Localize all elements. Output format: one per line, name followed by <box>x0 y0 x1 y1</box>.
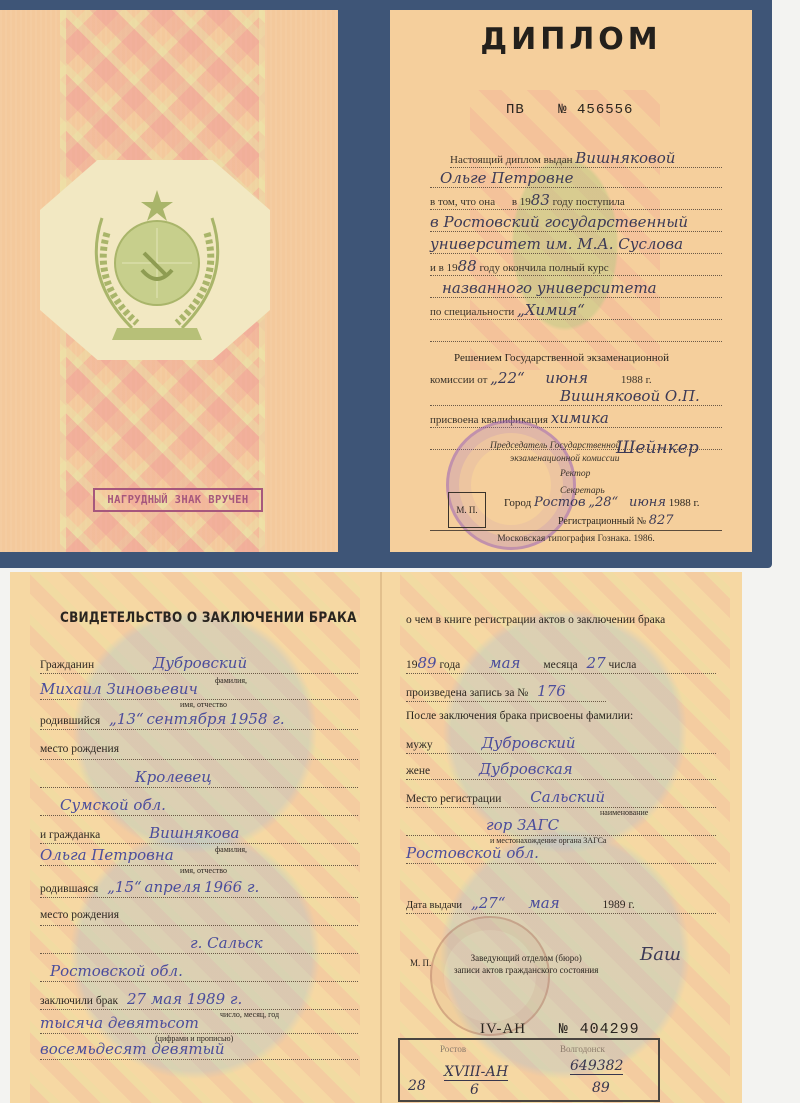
diploma-title: ДИПЛОМ <box>390 22 752 57</box>
mp-box: М. П. <box>448 492 486 528</box>
enrolled-line: в том, что она в 1983 году поступила <box>430 190 722 210</box>
military-registration-stamp: Ростов Волгодонск 28 XVIII-АН 6 649382 8… <box>398 1038 660 1102</box>
diploma-right-page: ДИПЛОМ ПВ № 456556 Настоящий диплом выда… <box>390 10 752 552</box>
record-number: 176 <box>537 682 566 700</box>
bride-birthplace-label: место рождения <box>40 904 358 926</box>
surnames-heading: После заключения брака присвоены фамилии… <box>406 710 716 722</box>
bride-surname-line: и гражданка Вишнякова <box>40 822 358 844</box>
bride-birthplace-line-1: г. Сальск <box>40 932 358 954</box>
graduated-line: и в 1988 году окончила полный курс <box>430 256 722 276</box>
printer-footer: Московская типография Гознака. 1986. <box>430 530 722 544</box>
groom-born-line: родившийся „13“ сентября 1958 г. <box>40 708 358 730</box>
registry-date-line: 1989 года мая месяца 27 числа <box>406 652 716 674</box>
registration-place-line-3: Ростовской обл. <box>406 842 716 864</box>
issued-to-line: Настоящий диплом выдан Вишняковой <box>450 148 722 168</box>
groom-birthplace-label: место рождения <box>40 738 358 760</box>
bride-surname: Вишнякова <box>149 824 239 842</box>
issue-date-line: Дата выдачи „27“ мая 1989 г. <box>406 892 716 914</box>
city-date-line: Город Ростов „28“ июня 1988 г. <box>504 495 699 510</box>
head-of-office-label: Заведующий отделом (бюро) записи актов г… <box>454 952 598 976</box>
chairman-signature: Шейнкер <box>616 438 699 458</box>
qualification-value: химика <box>551 409 609 427</box>
groom-birthplace-line-1: Кролевец <box>40 766 358 788</box>
diploma-left-page: НАГРУДНЫЙ ЗНАК ВРУЧЕН <box>0 10 338 552</box>
certificate-number: 404299 <box>580 1021 640 1038</box>
marriage-words-line-2: восемьдесят девятый <box>40 1038 358 1060</box>
ussr-emblem-icon <box>62 178 252 353</box>
husband-surname-line: мужу Дубровский <box>406 732 716 754</box>
groom-surname-line: Гражданин Дубровский <box>40 652 358 674</box>
certificate-series: IV-АН № 404299 <box>480 1021 640 1038</box>
bride-name-line: Ольга Петровна <box>40 844 358 866</box>
certificate-title: СВИДЕТЕЛЬСТВО О ЗАКЛЮЧЕНИИ БРАКА <box>60 610 357 626</box>
blank-line <box>430 322 722 342</box>
marriage-certificate: СВИДЕТЕЛЬСТВО О ЗАКЛЮЧЕНИИ БРАКА Граждан… <box>10 572 742 1103</box>
groom-surname: Дубровский <box>153 654 247 672</box>
marriage-date-line: заключили брак 27 мая 1989 г. <box>40 988 358 1010</box>
registry-office-seal <box>430 916 550 1036</box>
specialty-value: „Химия“ <box>517 301 585 319</box>
groom-name: Михаил Зиновьевич <box>40 680 198 698</box>
groom-name-line: Михаил Зиновьевич <box>40 678 358 700</box>
qualification-line: присвоена квалификация химика <box>430 408 722 428</box>
issued-to-name-line: Ольге Петровне <box>430 168 722 188</box>
registration-place-line-2: гор ЗАГС <box>406 814 716 836</box>
issued-to-surname: Вишняковой <box>575 149 675 167</box>
institution-line-1: в Ростовский государственный <box>430 212 722 232</box>
diploma-cover: НАГРУДНЫЙ ЗНАК ВРУЧЕН ДИПЛОМ ПВ № 456556… <box>0 0 772 568</box>
wife-surname-line: жене Дубровская <box>406 758 716 780</box>
bride-born-line: родившаяся „15“ апреля 1966 г. <box>40 876 358 898</box>
institution-line-2: университет им. М.А. Суслова <box>430 234 722 254</box>
diploma-number-value: 456556 <box>577 102 633 118</box>
diploma-number: ПВ № 456556 <box>506 102 633 118</box>
head-signature: Баш <box>640 944 681 965</box>
decision-line-2: комиссии от „22“ июня 1988 г. <box>430 368 722 388</box>
specialty-line: по специальности „Химия“ <box>430 300 722 320</box>
record-number-line: произведена запись за № 176 <box>406 680 606 702</box>
marriage-words-line-1: тысяча девятьсот <box>40 1012 358 1034</box>
registration-place-line: Место регистрации Сальский <box>406 786 716 808</box>
registry-intro: о чем в книге регистрации актов о заключ… <box>406 612 716 628</box>
fold-line <box>380 572 382 1103</box>
mp-label: М. П. <box>410 958 431 968</box>
decision-name-line: Вишняковой О.П. <box>430 386 722 406</box>
bride-birthplace-line-2: Ростовской обл. <box>40 960 358 982</box>
signature-block: Председатель Государственной экзаменацио… <box>490 440 620 498</box>
course-line: названного университета <box>430 278 722 298</box>
marriage-date: 27 мая 1989 г. <box>127 990 242 1008</box>
registration-line: Регистрационный № 827 <box>558 513 674 528</box>
groom-birthplace-line-2: Сумской обл. <box>40 794 358 816</box>
decision-line-1: Решением Государственной экзаменационной <box>454 348 722 368</box>
bride-name: Ольга Петровна <box>40 846 174 864</box>
badge-issued-stamp: НАГРУДНЫЙ ЗНАК ВРУЧЕН <box>93 488 263 512</box>
